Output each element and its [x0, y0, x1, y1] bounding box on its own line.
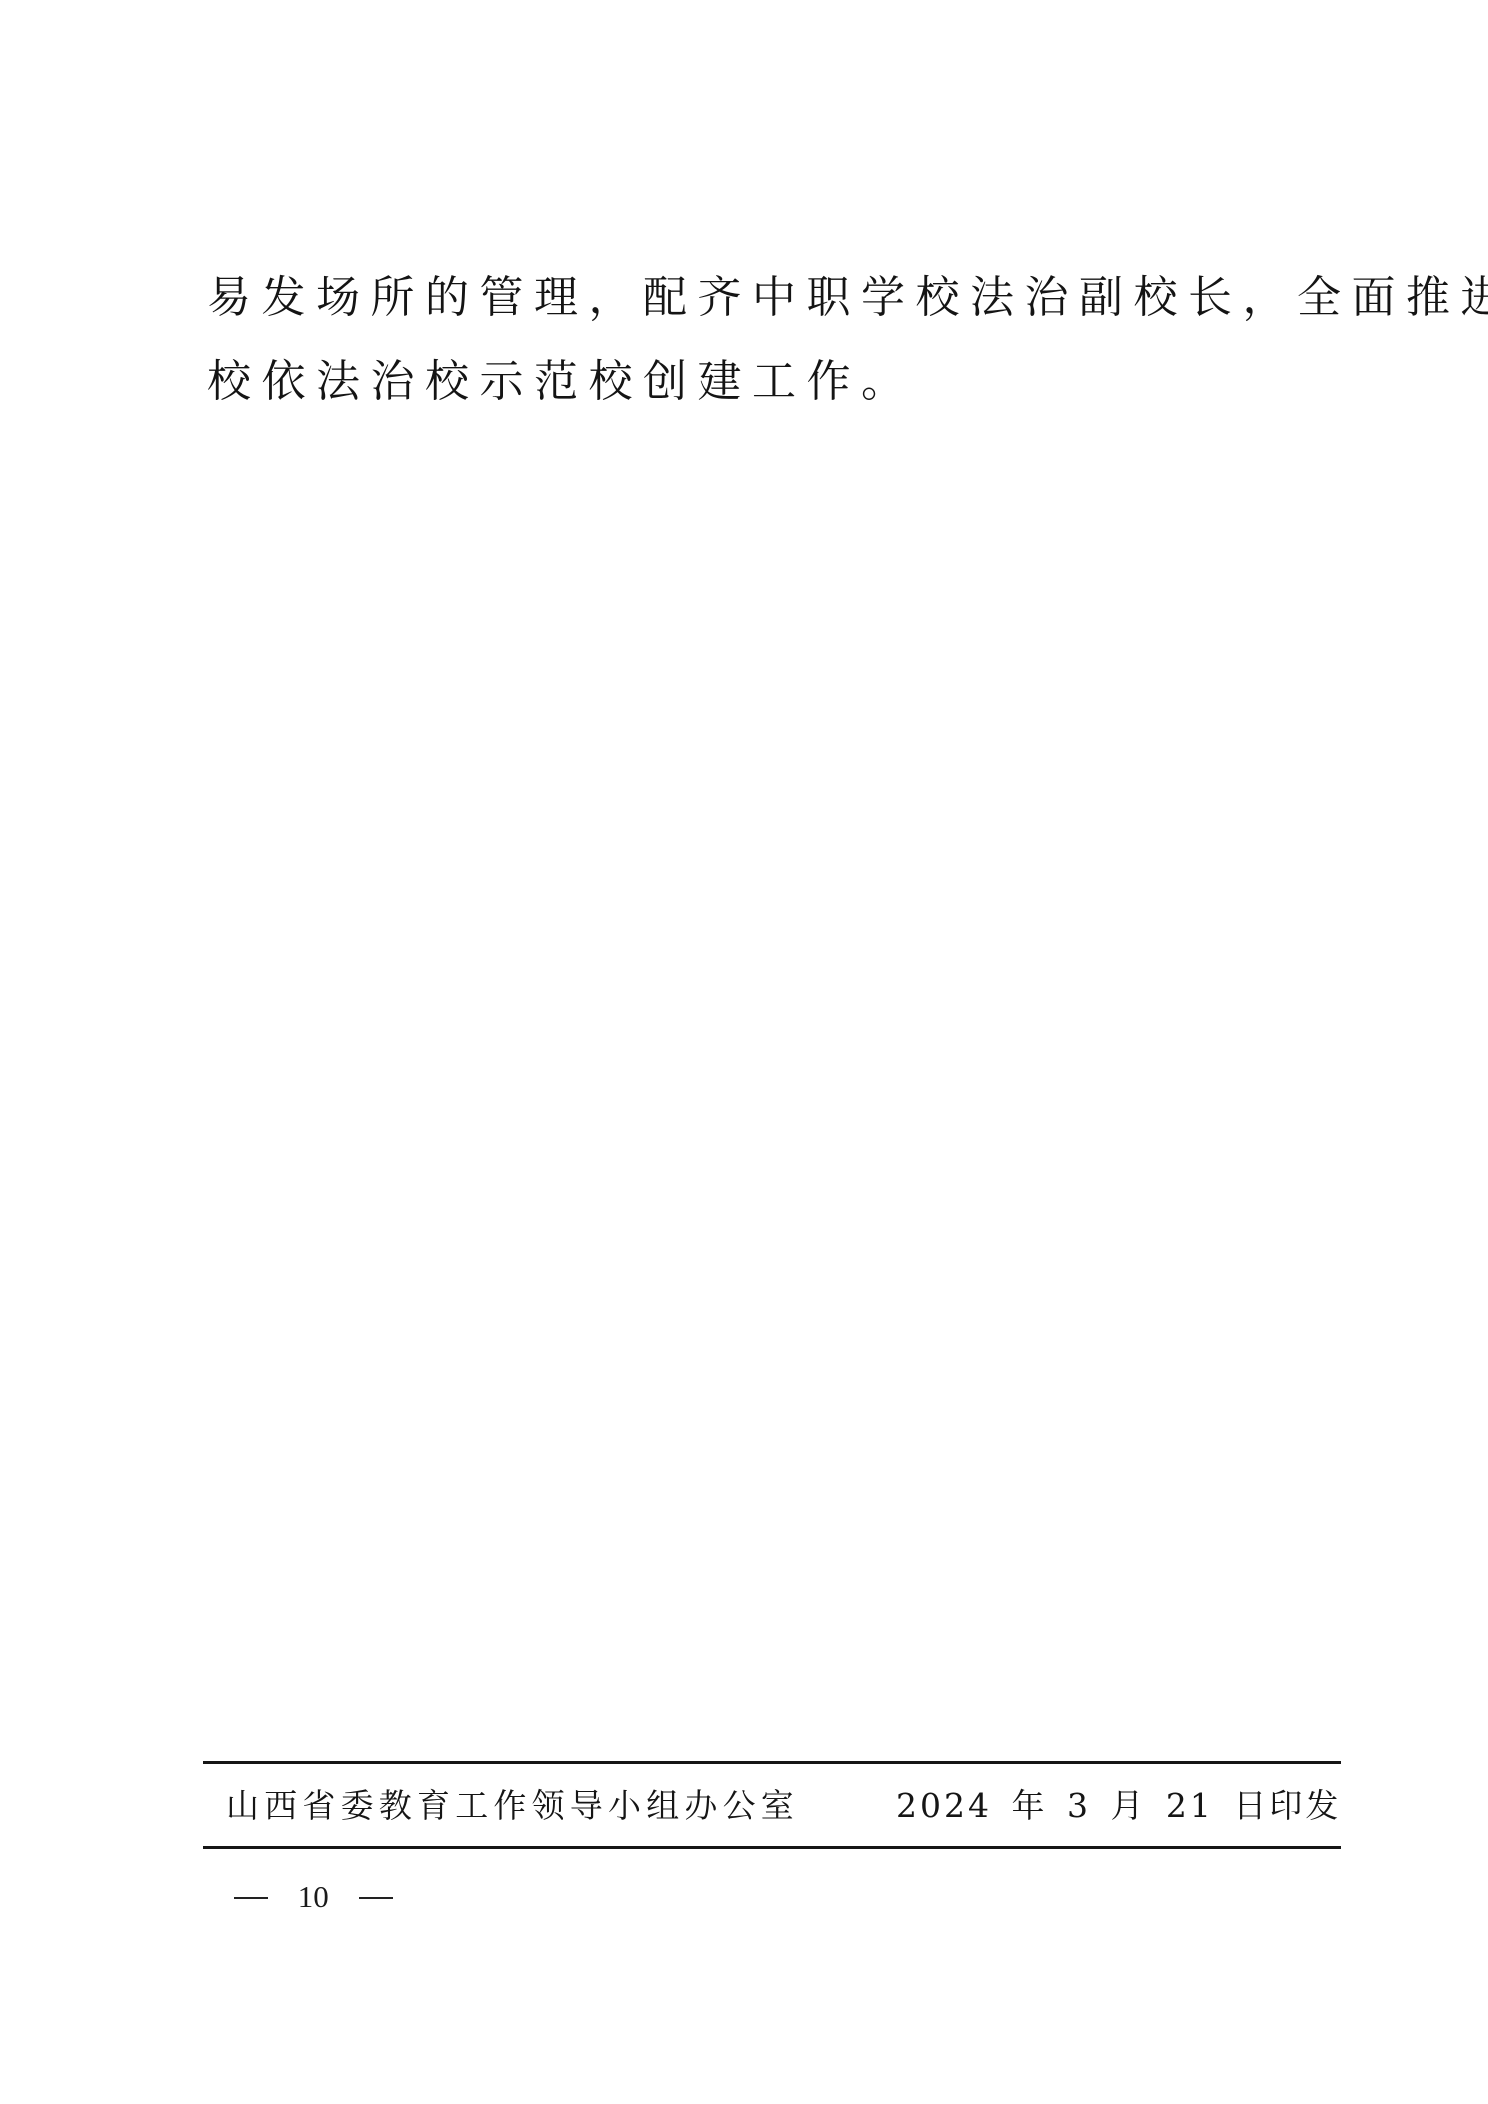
page-number-left-dash: [234, 1897, 268, 1899]
imprint-bottom-rule: [203, 1846, 1341, 1849]
body-text-line-1: 易发场所的管理，配齐中职学校法治副校长，全面推进职业学: [207, 268, 1342, 328]
imprint-top-rule: [203, 1761, 1341, 1764]
page-number-right-dash: [359, 1897, 393, 1899]
page-number-value: 10: [298, 1875, 329, 1919]
issue-date: 2024 年 3 月 21 日印发: [896, 1781, 1341, 1831]
issuer-label: 山西省委教育工作领导小组办公室: [226, 1781, 799, 1831]
page-number: 10: [234, 1875, 393, 1919]
document-page: 易发场所的管理，配齐中职学校法治副校长，全面推进职业学 校依法治校示范校创建工作…: [0, 0, 1488, 2104]
body-text-line-2: 校依法治校示范校创建工作。: [207, 352, 1342, 412]
imprint-block: 山西省委教育工作领导小组办公室 2024 年 3 月 21 日印发: [226, 1781, 1326, 1831]
